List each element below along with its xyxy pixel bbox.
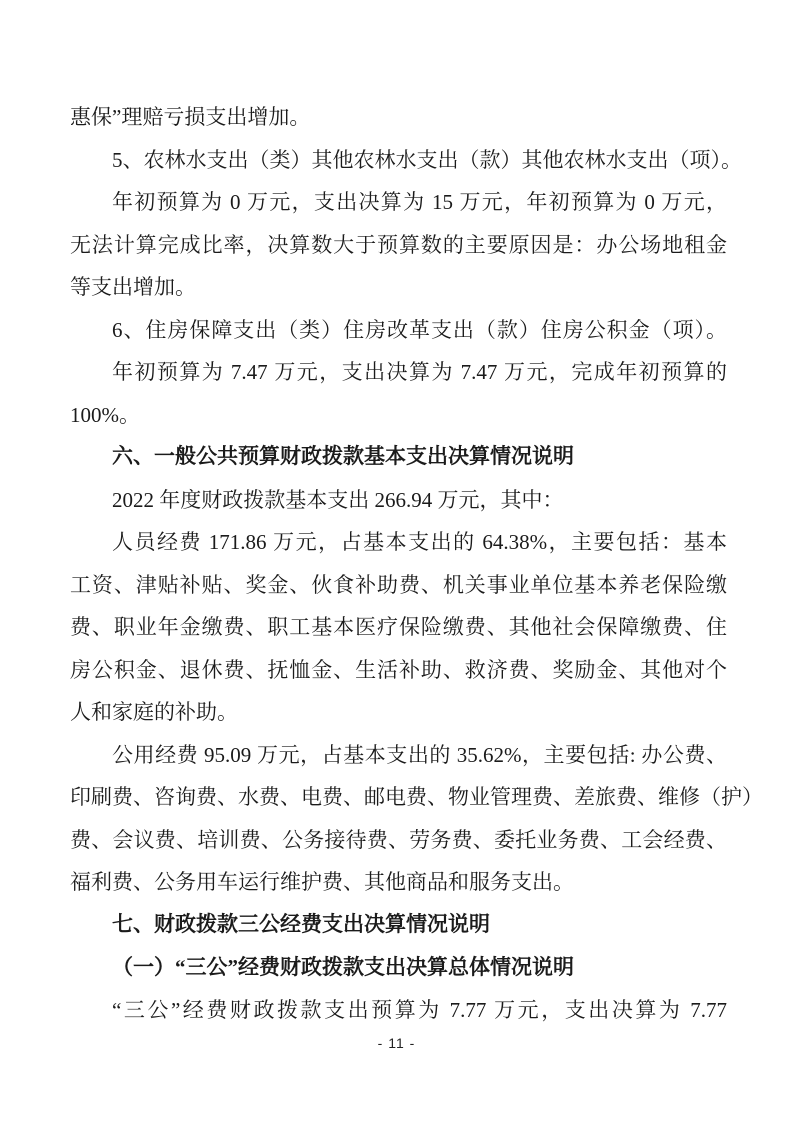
page-number: - 11 - [0,1035,793,1051]
doc-line: 人和家庭的补助。 [70,691,727,734]
doc-line: 工资、津贴补贴、奖金、伙食补助费、机关事业单位基本养老保险缴 [70,564,727,607]
doc-line: 惠保”理赔亏损支出增加。 [70,96,727,139]
section-heading-6: 六、一般公共预算财政拨款基本支出决算情况说明 [70,436,727,479]
doc-line: 100%。 [70,394,727,437]
doc-line: “三公”经费财政拨款支出预算为 7.77 万元，支出决算为 7.77 [70,989,727,1032]
doc-line: 福利费、公务用车运行维护费、其他商品和服务支出。 [70,861,727,904]
doc-line: 年初预算为 0 万元，支出决算为 15 万元，年初预算为 0 万元， [70,181,727,224]
doc-line: 费、会议费、培训费、公务接待费、劳务费、委托业务费、工会经费、 [70,819,727,862]
doc-line: 房公积金、退休费、抚恤金、生活补助、救济费、奖励金、其他对个 [70,649,727,692]
doc-line: 无法计算完成比率，决算数大于预算数的主要原因是：办公场地租金 [70,224,727,267]
doc-line: 公用经费 95.09 万元，占基本支出的 35.62%，主要包括: 办公费、 [70,734,727,777]
subsection-heading-1: （一）“三公”经费财政拨款支出决算总体情况说明 [70,946,727,989]
doc-line-item-6: 6、住房保障支出（类）住房改革支出（款）住房公积金（项）。 [70,309,727,352]
doc-line: 印刷费、咨询费、水费、电费、邮电费、物业管理费、差旅费、维修（护） [70,776,727,819]
doc-line: 2022 年度财政拨款基本支出 266.94 万元，其中： [70,479,727,522]
document-content: 惠保”理赔亏损支出增加。 5、农林水支出（类）其他农林水支出（款）其他农林水支出… [70,96,727,1031]
doc-line: 费、职业年金缴费、职工基本医疗保险缴费、其他社会保障缴费、住 [70,606,727,649]
doc-line: 人员经费 171.86 万元，占基本支出的 64.38%，主要包括：基本 [70,521,727,564]
document-page: 惠保”理赔亏损支出增加。 5、农林水支出（类）其他农林水支出（款）其他农林水支出… [0,0,793,1122]
section-heading-7: 七、财政拨款三公经费支出决算情况说明 [70,904,727,947]
doc-line: 等支出增加。 [70,266,727,309]
doc-line: 年初预算为 7.47 万元，支出决算为 7.47 万元，完成年初预算的 [70,351,727,394]
doc-line-item-5: 5、农林水支出（类）其他农林水支出（款）其他农林水支出（项）。 [70,139,727,182]
